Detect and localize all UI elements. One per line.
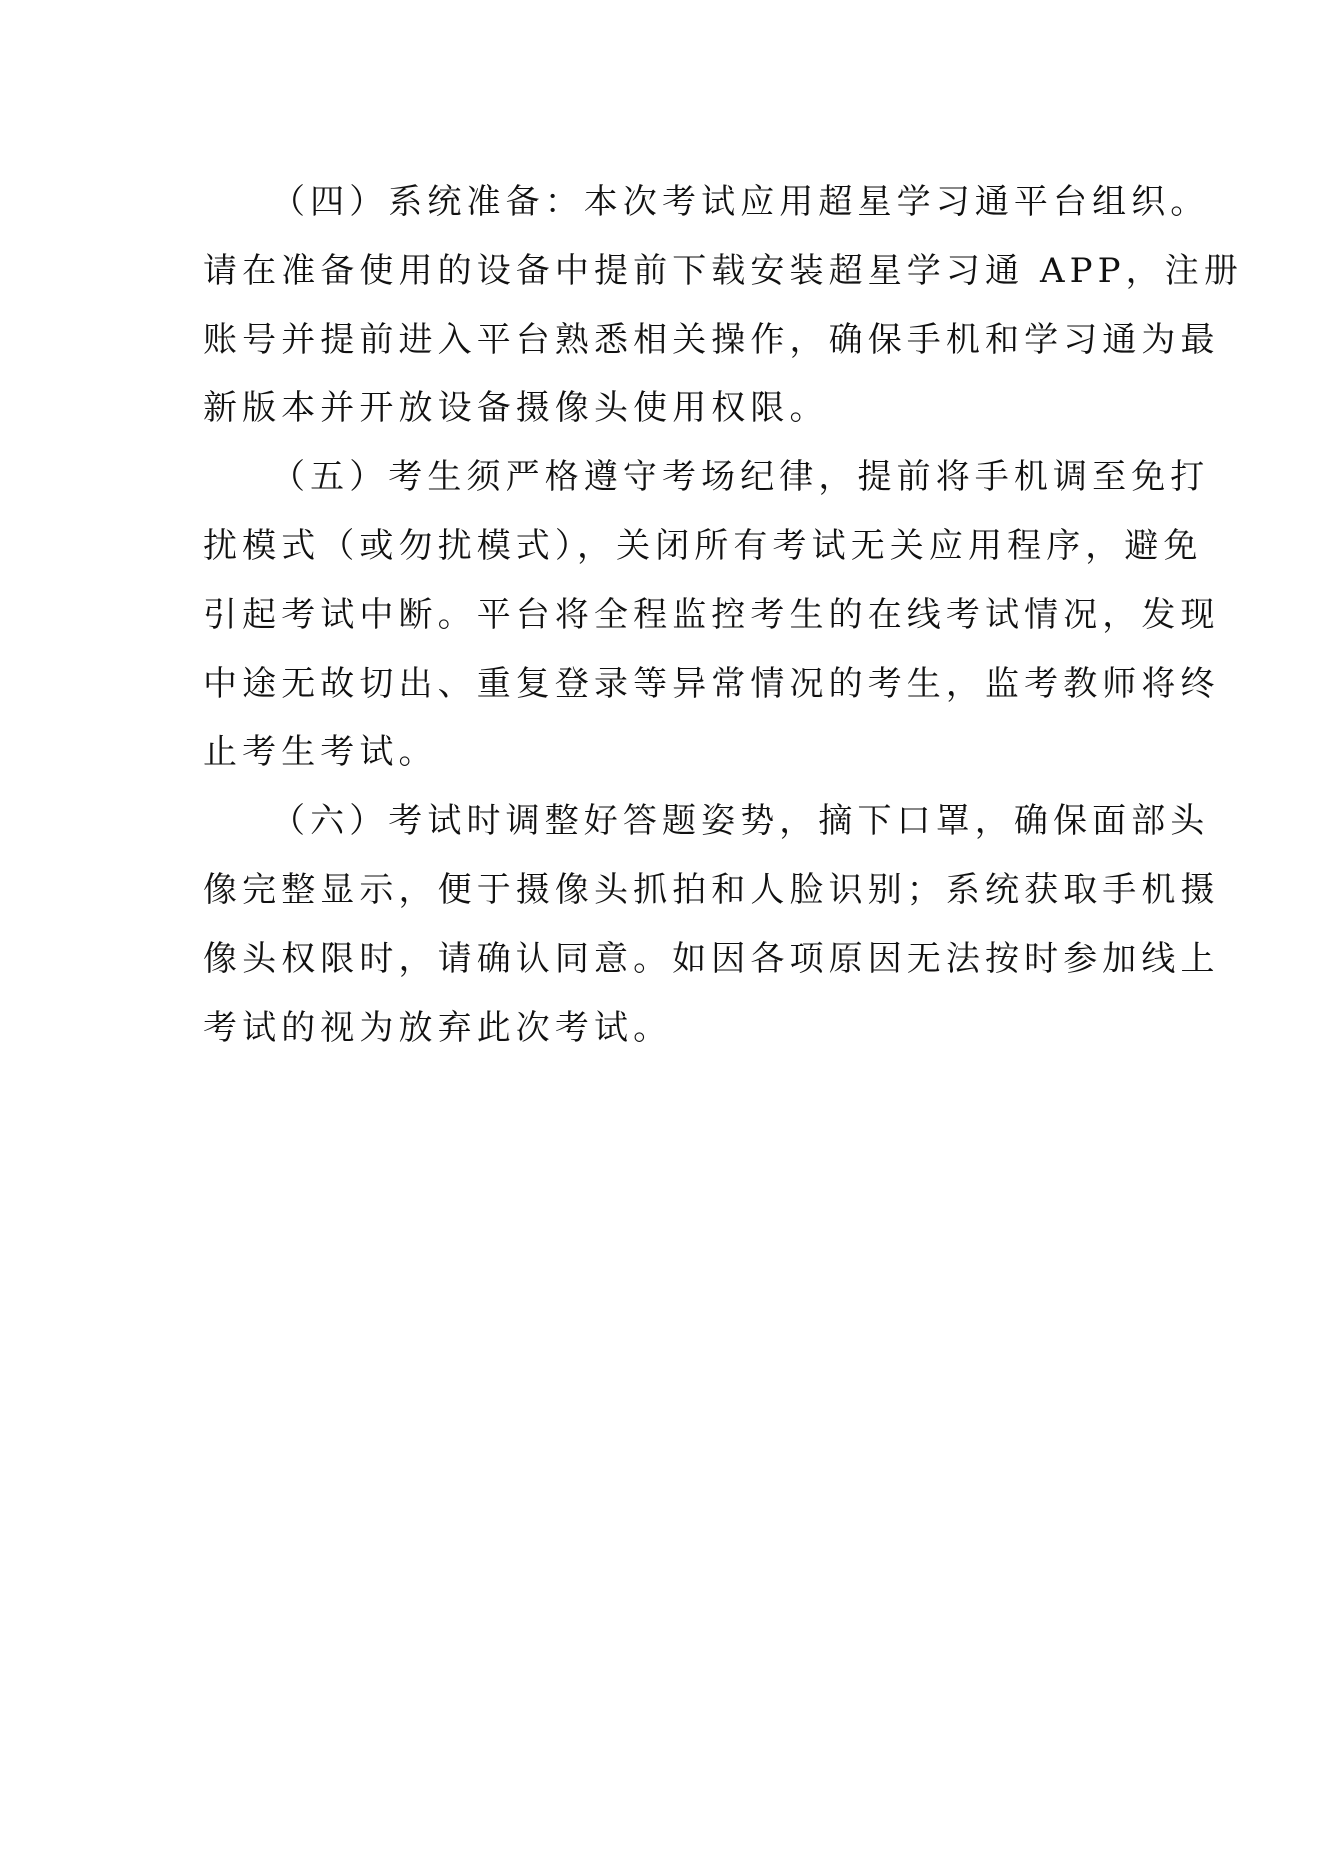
- paragraph-system-preparation: （四）系统准备：本次考试应用超星学习通平台组织。 请在准备使用的设备中提前下载安…: [203, 168, 1131, 443]
- paragraph-line: （四）系统准备：本次考试应用超星学习通平台组织。: [203, 168, 1131, 237]
- paragraph-line: 像完整显示，便于摄像头抓拍和人脸识别；系统获取手机摄: [203, 856, 1131, 925]
- paragraph-line: 扰模式（或勿扰模式），关闭所有考试无关应用程序，避免: [203, 512, 1131, 581]
- paragraph-line: 请在准备使用的设备中提前下载安装超星学习通 APP，注册: [203, 237, 1131, 306]
- paragraph-line: 考试的视为放弃此次考试。: [203, 994, 1131, 1063]
- paragraph-line: 止考生考试。: [203, 718, 1131, 787]
- paragraph-exam-discipline: （五）考生须严格遵守考场纪律，提前将手机调至免打 扰模式（或勿扰模式），关闭所有…: [203, 443, 1131, 787]
- paragraph-line: （五）考生须严格遵守考场纪律，提前将手机调至免打: [203, 443, 1131, 512]
- paragraph-line: 账号并提前进入平台熟悉相关操作，确保手机和学习通为最: [203, 306, 1131, 375]
- paragraph-line: 像头权限时，请确认同意。如因各项原因无法按时参加线上: [203, 925, 1131, 994]
- document-body: （四）系统准备：本次考试应用超星学习通平台组织。 请在准备使用的设备中提前下载安…: [203, 168, 1131, 1062]
- paragraph-line: 引起考试中断。平台将全程监控考生的在线考试情况，发现: [203, 581, 1131, 650]
- paragraph-line: 中途无故切出、重复登录等异常情况的考生，监考教师将终: [203, 650, 1131, 719]
- paragraph-exam-posture: （六）考试时调整好答题姿势，摘下口罩，确保面部头 像完整显示，便于摄像头抓拍和人…: [203, 787, 1131, 1062]
- paragraph-line: 新版本并开放设备摄像头使用权限。: [203, 374, 1131, 443]
- document-page: （四）系统准备：本次考试应用超星学习通平台组织。 请在准备使用的设备中提前下载安…: [0, 0, 1323, 1871]
- paragraph-line: （六）考试时调整好答题姿势，摘下口罩，确保面部头: [203, 787, 1131, 856]
